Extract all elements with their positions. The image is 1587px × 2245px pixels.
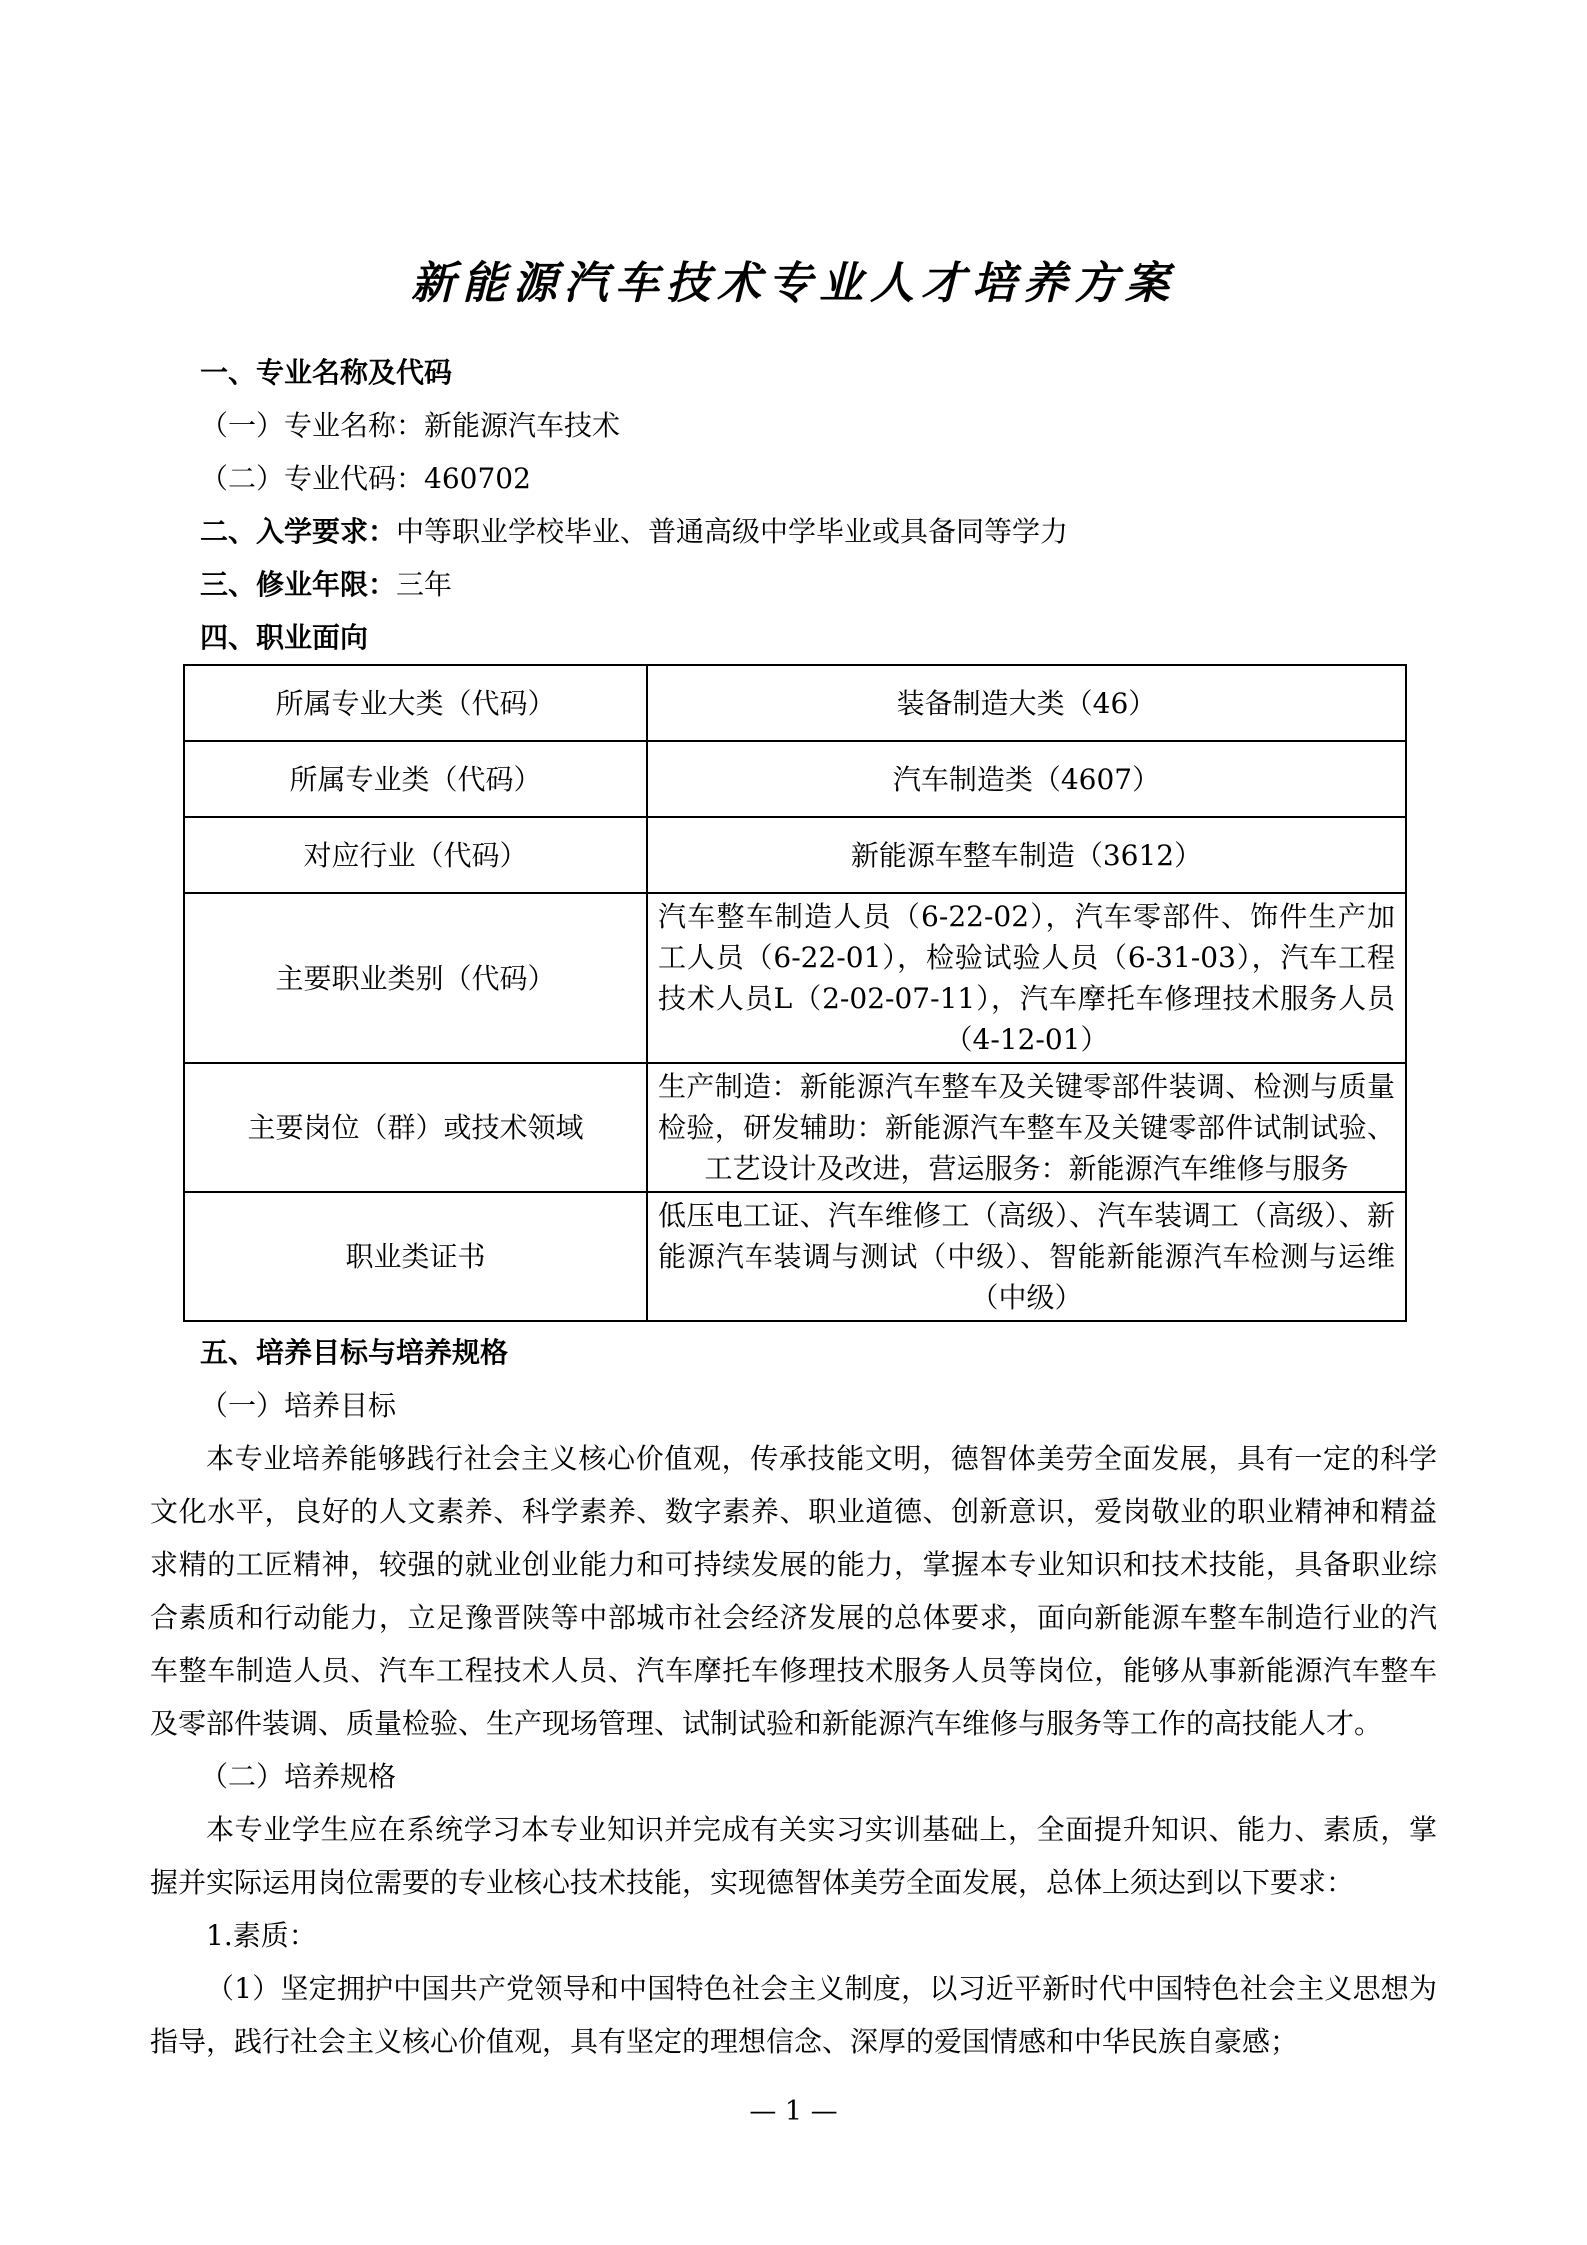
quality-item-paragraph: （1）坚定拥护中国共产党领导和中国特色社会主义制度，以习近平新时代中国特色社会主…	[150, 1962, 1437, 2068]
table-row: 主要职业类别（代码） 汽车整车制造人员（6-22-02），汽车零部件、饰件生产加…	[184, 893, 1406, 1063]
table-row: 主要岗位（群）或技术领域 生产制造：新能源汽车整车及关键零部件装调、检测与质量检…	[184, 1063, 1406, 1192]
major-code-line: （二）专业代码：460702	[150, 452, 1437, 505]
table-value-cell: 装备制造大类（46）	[647, 665, 1406, 741]
occupation-table: 所属专业大类（代码） 装备制造大类（46） 所属专业类（代码） 汽车制造类（46…	[183, 664, 1407, 1322]
table-value-cell: 生产制造：新能源汽车整车及关键零部件装调、检测与质量检验，研发辅助：新能源汽车整…	[647, 1063, 1406, 1192]
page-number: — 1 —	[0, 2096, 1587, 2127]
training-section: 五、培养目标与培养规格 （一）培养目标 本专业培养能够践行社会主义核心价值观，传…	[150, 1326, 1437, 2068]
subsection-heading-goal: （一）培养目标	[150, 1379, 1437, 1432]
table-value-cell: 汽车制造类（4607）	[647, 741, 1406, 817]
section-heading-3: 三、修业年限：三年	[150, 558, 1437, 611]
subsection-heading-spec: （二）培养规格	[150, 1750, 1437, 1803]
table-row: 对应行业（代码） 新能源车整车制造（3612）	[184, 817, 1406, 893]
document-page: 新能源汽车技术专业人才培养方案 一、专业名称及代码 （一）专业名称：新能源汽车技…	[0, 0, 1587, 2245]
table-value-cell: 汽车整车制造人员（6-22-02），汽车零部件、饰件生产加工人员（6-22-01…	[647, 893, 1406, 1063]
table-label-cell: 对应行业（代码）	[184, 817, 647, 893]
major-name-line: （一）专业名称：新能源汽车技术	[150, 399, 1437, 452]
admission-text: 中等职业学校毕业、普通高级中学毕业或具备同等学力	[396, 515, 1068, 548]
table-row: 所属专业类（代码） 汽车制造类（4607）	[184, 741, 1406, 817]
table-label-cell: 主要职业类别（代码）	[184, 893, 647, 1063]
document-content: 新能源汽车技术专业人才培养方案 一、专业名称及代码 （一）专业名称：新能源汽车技…	[0, 0, 1587, 2068]
section-heading-2: 二、入学要求：中等职业学校毕业、普通高级中学毕业或具备同等学力	[150, 505, 1437, 558]
training-spec-paragraph: 本专业学生应在系统学习本专业知识并完成有关实习实训基础上，全面提升知识、能力、素…	[150, 1803, 1437, 1909]
admission-label: 二、入学要求：	[200, 515, 396, 548]
section-heading-5: 五、培养目标与培养规格	[150, 1326, 1437, 1379]
duration-text: 三年	[396, 568, 452, 601]
table-row: 职业类证书 低压电工证、汽车维修工（高级）、汽车装调工（高级）、新能源汽车装调与…	[184, 1192, 1406, 1321]
table-label-cell: 职业类证书	[184, 1192, 647, 1321]
table-label-cell: 主要岗位（群）或技术领域	[184, 1063, 647, 1192]
table-label-cell: 所属专业类（代码）	[184, 741, 647, 817]
table-value-cell: 新能源车整车制造（3612）	[647, 817, 1406, 893]
quality-label-line: 1.素质：	[150, 1909, 1437, 1962]
section-heading-1: 一、专业名称及代码	[150, 346, 1437, 399]
document-title: 新能源汽车技术专业人才培养方案	[150, 248, 1437, 320]
table-label-cell: 所属专业大类（代码）	[184, 665, 647, 741]
table-value-cell: 低压电工证、汽车维修工（高级）、汽车装调工（高级）、新能源汽车装调与测试（中级）…	[647, 1192, 1406, 1321]
table-row: 所属专业大类（代码） 装备制造大类（46）	[184, 665, 1406, 741]
duration-label: 三、修业年限：	[200, 568, 396, 601]
section-heading-4: 四、职业面向	[150, 611, 1437, 664]
training-goal-paragraph: 本专业培养能够践行社会主义核心价值观，传承技能文明，德智体美劳全面发展，具有一定…	[150, 1432, 1437, 1750]
